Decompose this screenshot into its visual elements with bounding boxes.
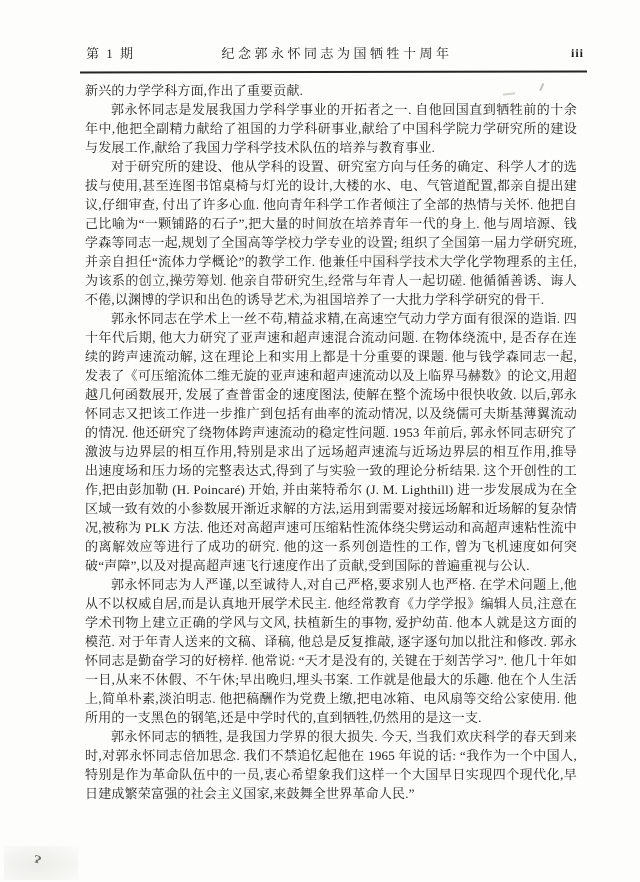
paragraph-continuation: 新兴的力学学科方面,作出了重要贡献.	[85, 81, 577, 100]
paragraph: 郭永怀同志为人严谨,以至诚待人,对自己严格,要求别人也严格. 在学术问题上,他从…	[85, 575, 577, 727]
paragraph: 郭永怀同志是发展我国力学科学事业的开拓者之一. 自他回国直到牺牲前的十余年中,他…	[85, 100, 577, 157]
issue-label: 第 1 期	[86, 44, 135, 64]
article-body: 新兴的力学学科方面,作出了重要贡献. 郭永怀同志是发展我国力学科学事业的开拓者之…	[85, 81, 577, 803]
paragraph: 郭永怀同志的牺牲, 是我国力学界的很大损失. 今天, 当我们欢庆科学的春天到来时…	[85, 727, 577, 803]
scanned-journal-page: 第 1 期 纪念郭永怀同志为国牺牲十周年 iii 新兴的力学学科方面,作出了重要…	[0, 0, 640, 882]
running-title: 纪念郭永怀同志为国牺牲十周年	[146, 44, 528, 64]
paragraph: 郭永怀同志在学术上一丝不苟,精益求精,在高速空气动力学方面有很深的造诣. 四十年…	[85, 309, 577, 575]
header-rule	[80, 70, 587, 73]
paragraph: 对于研究所的建设、他从学科的设置、研究室方向与任务的确定、科学人才的选拔与使用,…	[85, 157, 577, 309]
page-number: iii	[571, 43, 584, 63]
scan-smudge-curl: ɂ	[32, 849, 44, 868]
running-head: 第 1 期 纪念郭永怀同志为国牺牲十周年 iii	[86, 44, 588, 64]
scan-smudge: ɂ	[4, 846, 78, 880]
